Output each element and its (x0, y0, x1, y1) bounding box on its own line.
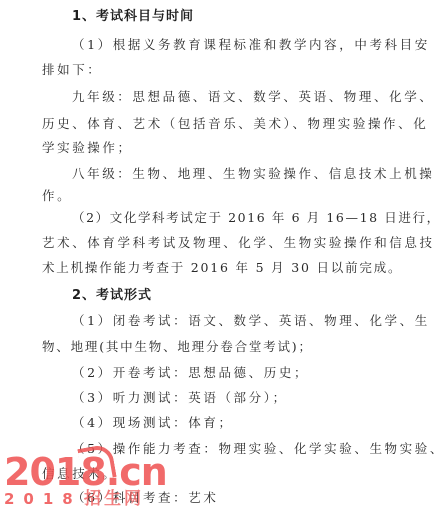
paragraph-line: 排如下： (42, 62, 102, 78)
paragraph-line: 作。 (42, 188, 72, 204)
paragraph-line: （1）根据义务教育课程标准和教学内容，中考科目安 (72, 37, 430, 53)
paragraph-line: （1）闭卷考试：语文、数学、英语、物理、化学、生 (72, 313, 430, 329)
paragraph-line: （2）文化学科考试定于 2016 年 6 月 16—18 日进行， (72, 210, 435, 226)
paragraph-line: （2）开卷考试：思想品德、历史； (72, 365, 309, 381)
section-heading-exam-format: 2、考试形式 (72, 288, 152, 304)
paragraph-line: 历史、体育、艺术（包括音乐、美术）、物理实验操作、化 (42, 116, 428, 132)
paragraph-line: （3）听力测试：英语（部分）； (72, 390, 288, 406)
paragraph-line: 九年级：思想品德、语文、数学、英语、物理、化学、 (72, 89, 434, 105)
paragraph-line: （4）现场测试：体育； (72, 415, 234, 431)
paragraph-line: 学实验操作； (42, 140, 133, 156)
section-heading-exam-subjects-and-time: 1、考试科目与时间 (72, 9, 194, 25)
paragraph-line: 八年级：生物、地理、生物实验操作、信息技术上机操 (72, 166, 434, 182)
paragraph-line: 术上机操作能力考查于 2016 年 5 月 30 日以前完成。 (42, 260, 402, 276)
watermark-sub-digits: 2018 (4, 489, 82, 509)
paragraph-line: （6）科目考查：艺术 (72, 490, 218, 506)
paragraph-line: 信息技术。 (42, 466, 118, 482)
paragraph-line: 物、地理(其中生物、地理分卷合堂考试)； (42, 339, 313, 355)
paragraph-line: （5）操作能力考查：物理实验、化学实验、生物实验、 (72, 441, 435, 457)
paragraph-line: 艺术、体育学科考试及物理、化学、生物实验操作和信息技 (42, 235, 435, 251)
